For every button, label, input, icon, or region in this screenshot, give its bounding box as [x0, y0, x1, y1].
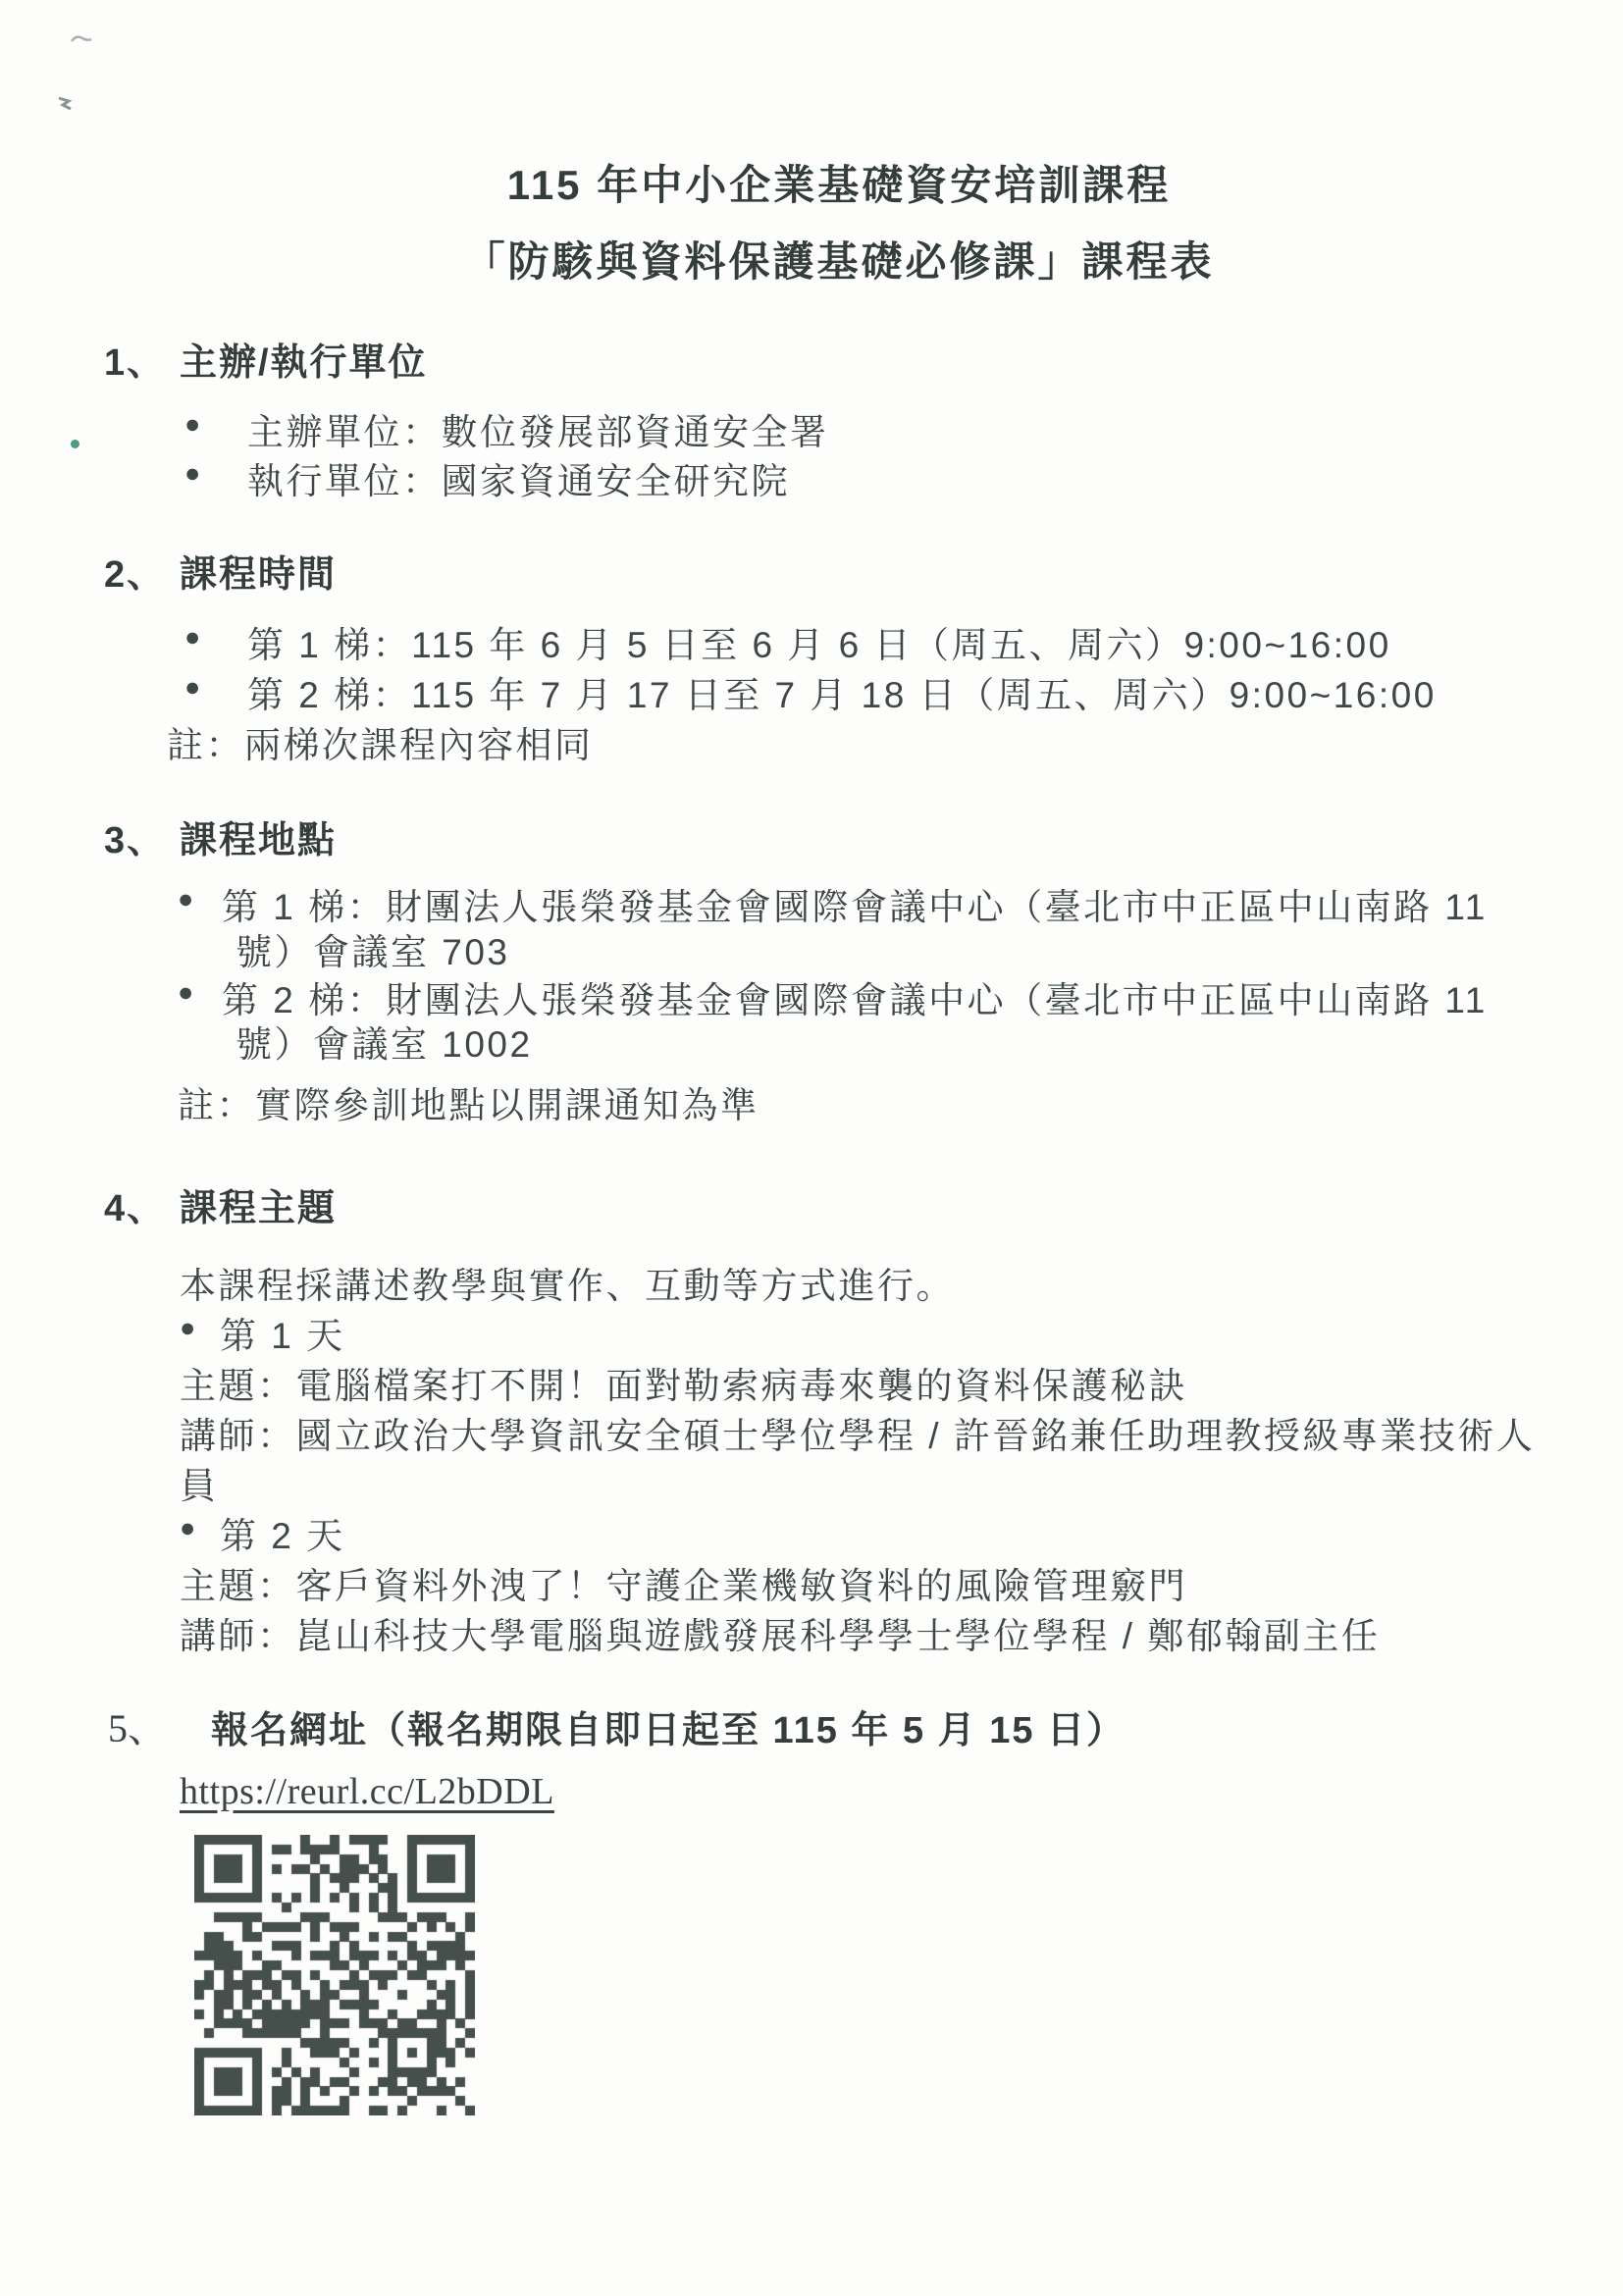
- scan-artifact: [57, 92, 80, 112]
- bullet-icon: ●: [184, 411, 200, 438]
- document-title-line1: 115 年中小企業基礎資安培訓課程: [55, 153, 1623, 212]
- section-2-note: 註：兩梯次課程內容相同: [167, 715, 594, 768]
- section-1-number: 1、: [104, 332, 166, 386]
- section-4-heading: 課程主題: [180, 1177, 337, 1231]
- session-1-time: 第 1 梯：115 年 6 月 5 日至 6 月 6 日（周五、周六）9:00~…: [247, 615, 1391, 668]
- registration-qr-code: [194, 1835, 475, 2115]
- section-5-heading: 報名網址（報名期限自即日起至 115 年 5 月 15 日）: [211, 1699, 1126, 1753]
- section-3-heading: 課程地點: [180, 809, 337, 863]
- day-1-lecturer-line2: 員: [180, 1456, 219, 1509]
- venue-2-line2: 號）會議室 1002: [236, 1015, 533, 1068]
- day-2-topic: 主題：客戶資料外洩了！守護企業機敏資料的風險管理竅門: [180, 1556, 1187, 1609]
- registration-url-link[interactable]: https://reurl.cc/L2bDDL: [180, 1770, 554, 1813]
- section-2-number: 2、: [104, 544, 166, 598]
- executor-item: 執行單位：國家資通安全研究院: [247, 451, 790, 504]
- day-2-label: 第 2 天: [220, 1506, 345, 1559]
- session-2-time: 第 2 梯：115 年 7 月 17 日至 7 月 18 日（周五、周六）9:0…: [247, 665, 1437, 718]
- bullet-icon: ●: [178, 979, 193, 1006]
- bullet-icon: ●: [180, 1515, 195, 1541]
- bullet-icon: ●: [180, 1315, 195, 1341]
- document-title-line2: 「防駭與資料保護基礎必修課」課程表: [55, 230, 1623, 288]
- scanned-document-page: 115 年中小企業基礎資安培訓課程 「防駭與資料保護基礎必修課」課程表 1、 主…: [0, 0, 1623, 2296]
- bullet-icon: ●: [184, 624, 200, 651]
- venue-1-line2: 號）會議室 703: [236, 922, 510, 975]
- section-3-number: 3、: [104, 809, 166, 863]
- bullet-icon: ●: [178, 886, 193, 913]
- section-4-number: 4、: [104, 1177, 166, 1231]
- section-1-heading: 主辦/執行單位: [180, 332, 428, 386]
- bullet-icon: ●: [184, 674, 200, 701]
- bullet-icon: ●: [184, 460, 200, 487]
- day-1-lecturer-line1: 講師：國立政治大學資訊安全碩士學位學程 / 許晉銘兼任助理教授級專業技術人: [180, 1406, 1535, 1459]
- scan-artifact: [71, 440, 79, 448]
- course-format-intro: 本課程採講述教學與實作、互動等方式進行。: [180, 1256, 955, 1309]
- day-1-topic: 主題：電腦檔案打不開！面對勒索病毒來襲的資料保護秘訣: [180, 1356, 1187, 1409]
- section-5-number: 5、: [108, 1697, 167, 1753]
- scan-artifact: [69, 31, 94, 49]
- section-2-heading: 課程時間: [180, 544, 337, 598]
- day-1-label: 第 1 天: [220, 1306, 345, 1359]
- day-2-lecturer: 講師：崑山科技大學電腦與遊戲發展科學學士學位學程 / 鄭郁翰副主任: [180, 1606, 1380, 1659]
- organizer-item: 主辦單位：數位發展部資通安全署: [247, 402, 829, 455]
- section-3-note: 註：實際參訓地點以開課通知為準: [178, 1075, 759, 1128]
